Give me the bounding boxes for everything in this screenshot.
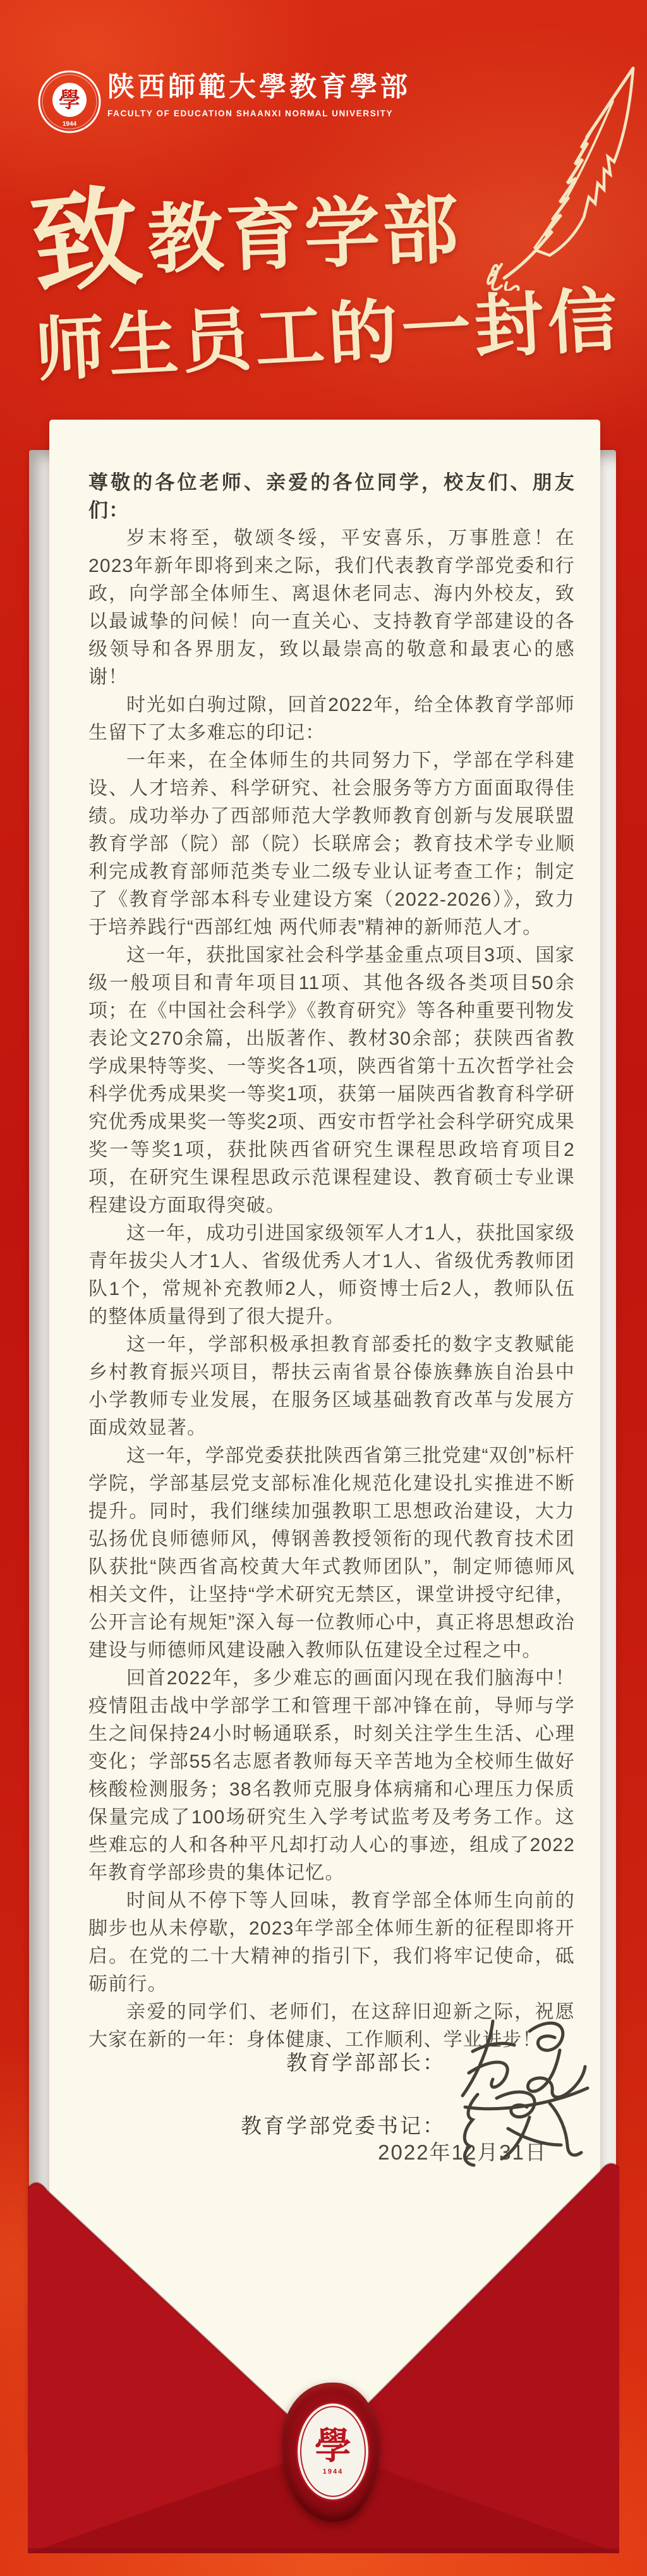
letter-paragraph: 这一年，获批国家社会科学基金重点项目3项、国家级一般项目和青年项目11项、其他各… bbox=[88, 942, 575, 1220]
letter-paragraph: 这一年，学部积极承担教育部委托的数字支教赋能乡村教育振兴项目，帮扶云南省景谷傣族… bbox=[88, 1331, 575, 1442]
letter-paragraph: 这一年，成功引进国家级领军人才1人，获批国家级青年拔尖人才1人、省级优秀人才1人… bbox=[88, 1220, 575, 1331]
letter-salutation: 尊敬的各位老师、亲爱的各位同学，校友们、朋友们： bbox=[88, 469, 575, 525]
university-name-cn: 陕西師範大學教育學部 bbox=[107, 66, 411, 104]
university-name: 陕西師範大學教育學部 FACULTY OF EDUCATION SHAANXI … bbox=[107, 66, 411, 118]
letter-paragraph: 这一年，学部党委获批陕西省第三批党建“双创”标杆学院，学部基层党支部标准化规范化… bbox=[88, 1442, 575, 1665]
university-name-en: FACULTY OF EDUCATION SHAANXI NORMAL UNIV… bbox=[107, 109, 411, 118]
letter-paragraph: 时光如白驹过隙，回首2022年，给全体教育学部师生留下了太多难忘的印记： bbox=[88, 691, 575, 747]
secretary-label: 教育学部党委书记： bbox=[190, 2110, 445, 2139]
secretary-signature-row: 教育学部党委书记： bbox=[190, 2110, 445, 2139]
letter-paragraph: 回首2022年，多少难忘的画面闪现在我们脑海中！疫情阻击战中学部学工和管理干部冲… bbox=[88, 1665, 575, 1887]
university-emblem-icon: 學 1944 bbox=[37, 61, 102, 143]
letter-paragraph: 时间从不停下等人回味，教育学部全体师生向前的脚步也从未停歇，2023年学部全体师… bbox=[88, 1887, 575, 1998]
letter-body: 尊敬的各位老师、亲爱的各位同学，校友们、朋友们： 岁末将至，敬颂冬绥，平安喜乐，… bbox=[88, 469, 575, 2054]
dean-label: 教育学部部长： bbox=[190, 2046, 445, 2076]
emblem-glyph: 學 bbox=[59, 88, 80, 113]
wax-seal-emblem: 學 1944 bbox=[296, 2402, 370, 2501]
letter-poster: 學 1944 陕西師範大學教育學部 FACULTY OF EDUCATION S… bbox=[0, 0, 647, 2576]
letter-paragraph: 一年来，在全体师生的共同努力下，学部在学科建设、人才培养、科学研究、社会服务等方… bbox=[88, 747, 575, 942]
emblem-year: 1944 bbox=[63, 121, 77, 128]
seal-glyph: 學 bbox=[315, 2427, 351, 2464]
dean-signature-row: 教育学部部长： bbox=[190, 2046, 445, 2076]
letter-paragraph: 岁末将至，敬颂冬绥，平安喜乐，万事胜意！在2023年新年即将到来之际，我们代表教… bbox=[88, 525, 575, 691]
poster-title: 致 教育学部 师生员工的一封信 bbox=[30, 168, 605, 380]
university-header: 學 1944 陕西師範大學教育學部 FACULTY OF EDUCATION S… bbox=[37, 61, 416, 143]
title-line1-rest: 教育学部 bbox=[146, 191, 462, 278]
seal-year: 1944 bbox=[323, 2468, 343, 2476]
title-line-1: 致 教育学部 bbox=[30, 168, 602, 296]
wax-seal: 學 1944 bbox=[282, 2383, 380, 2522]
title-zhi-char: 致 bbox=[26, 181, 145, 300]
